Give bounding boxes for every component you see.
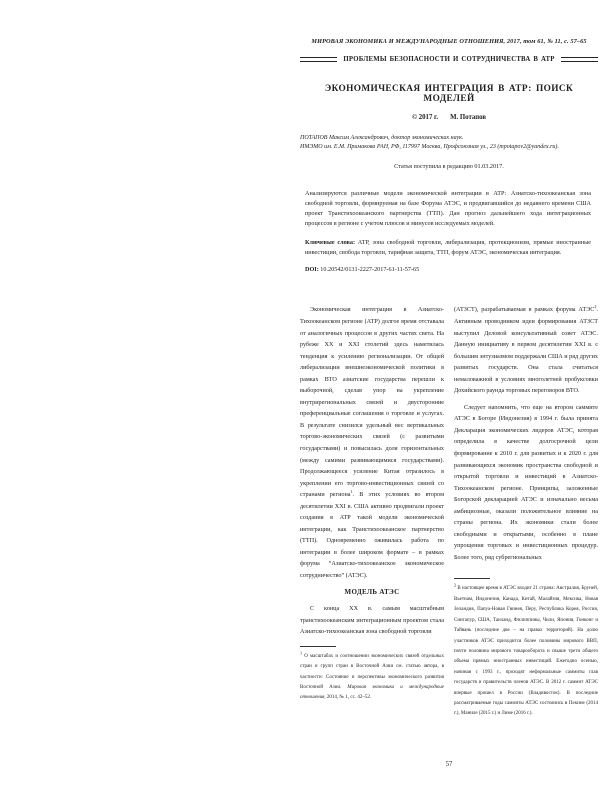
- left-paragraph-1-text: Экономическая интеграция в Азиатско-Тихо…: [300, 306, 444, 498]
- doi-value: 10.20542/0131-2227-2017-61-11-57-65: [319, 266, 419, 273]
- article-title: ЭКОНОМИЧЕСКАЯ ИНТЕГРАЦИЯ В АТР: ПОИСК МО…: [300, 84, 598, 104]
- section-banner-label: ПРОБЛЕМЫ БЕЗОПАСНОСТИ И СОТРУДНИЧЕСТВА В…: [337, 56, 560, 63]
- footnote-1-tail: , 2014, № 1, сс. 42–52.: [324, 695, 371, 700]
- left-paragraph-2: С конца XX в. самым масштабным транстихо…: [300, 603, 444, 638]
- doi-label: DOI:: [305, 266, 319, 273]
- right-paragraph-1-cont: . Активным проводником идеи формирования…: [454, 306, 598, 394]
- right-paragraph-1-text: (АТЗСТ), разрабатываемая в рамках форума…: [454, 306, 594, 313]
- footnote-1: 1 О масштабах и соотношении экономически…: [300, 652, 444, 704]
- keywords-block: Ключевые слова: АТР, зона свободной торг…: [300, 238, 598, 258]
- footnote-separator-left: [300, 646, 336, 647]
- left-column: Экономическая интеграция в Азиатско-Тихо…: [300, 304, 444, 719]
- right-paragraph-2: Следует напомнить, что еще на втором сам…: [454, 402, 598, 564]
- right-paragraph-1: (АТЗСТ), разрабатываемая в рамках форума…: [454, 304, 598, 396]
- banner-left-rule: [300, 57, 337, 63]
- banner-right-rule: [561, 57, 598, 63]
- journal-citation: МИРОВАЯ ЭКОНОМИКА И МЕЖДУНАРОДНЫЕ ОТНОШЕ…: [300, 38, 598, 45]
- doi-line: DOI: 10.20542/0131-2227-2017-61-11-57-65: [300, 266, 598, 273]
- author-info-line2: ИМЭМО им. Е.М. Примакова РАН, РФ, 117997…: [300, 143, 598, 152]
- footnote-separator-right: [454, 578, 490, 579]
- body-columns: Экономическая интеграция в Азиатско-Тихо…: [300, 304, 598, 719]
- section-heading-model-apec: МОДЕЛЬ АТЭС: [300, 587, 444, 599]
- left-paragraph-1: Экономическая интеграция в Азиатско-Тихо…: [300, 304, 444, 581]
- article-page: МИРОВАЯ ЭКОНОМИКА И МЕЖДУНАРОДНЫЕ ОТНОШЕ…: [300, 0, 598, 720]
- section-banner: ПРОБЛЕМЫ БЕЗОПАСНОСТИ И СОТРУДНИЧЕСТВА В…: [300, 56, 598, 63]
- abstract: Анализируются различные модели экономиче…: [300, 189, 598, 229]
- left-paragraph-1-cont: . В этих условиях во втором десятилетии …: [300, 491, 444, 579]
- received-line: Статья поступила в редакцию 01.03.2017.: [300, 163, 598, 170]
- author-info-line1: ПОТАПОВ Максим Александрович, доктор эко…: [300, 134, 598, 143]
- keywords-label: Ключевые слова:: [305, 239, 355, 246]
- scanned-page-canvas: МИРОВАЯ ЭКОНОМИКА И МЕЖДУНАРОДНЫЕ ОТНОШЕ…: [0, 0, 600, 800]
- author-name: М. Потапов: [450, 114, 486, 121]
- copyright-year: © 2017 г.: [412, 114, 438, 121]
- copyright-line: © 2017 г.М. Потапов: [300, 114, 598, 121]
- right-column: (АТЗСТ), разрабатываемая в рамках форума…: [454, 304, 598, 719]
- footnote-2: 2 В настоящее время в АТЭС входит 21 стр…: [454, 584, 598, 719]
- footnote-2-text: В настоящее время в АТЭС входит 21 стран…: [454, 586, 598, 716]
- author-info-block: ПОТАПОВ Максим Александрович, доктор эко…: [300, 134, 598, 152]
- page-number: 57: [300, 761, 598, 768]
